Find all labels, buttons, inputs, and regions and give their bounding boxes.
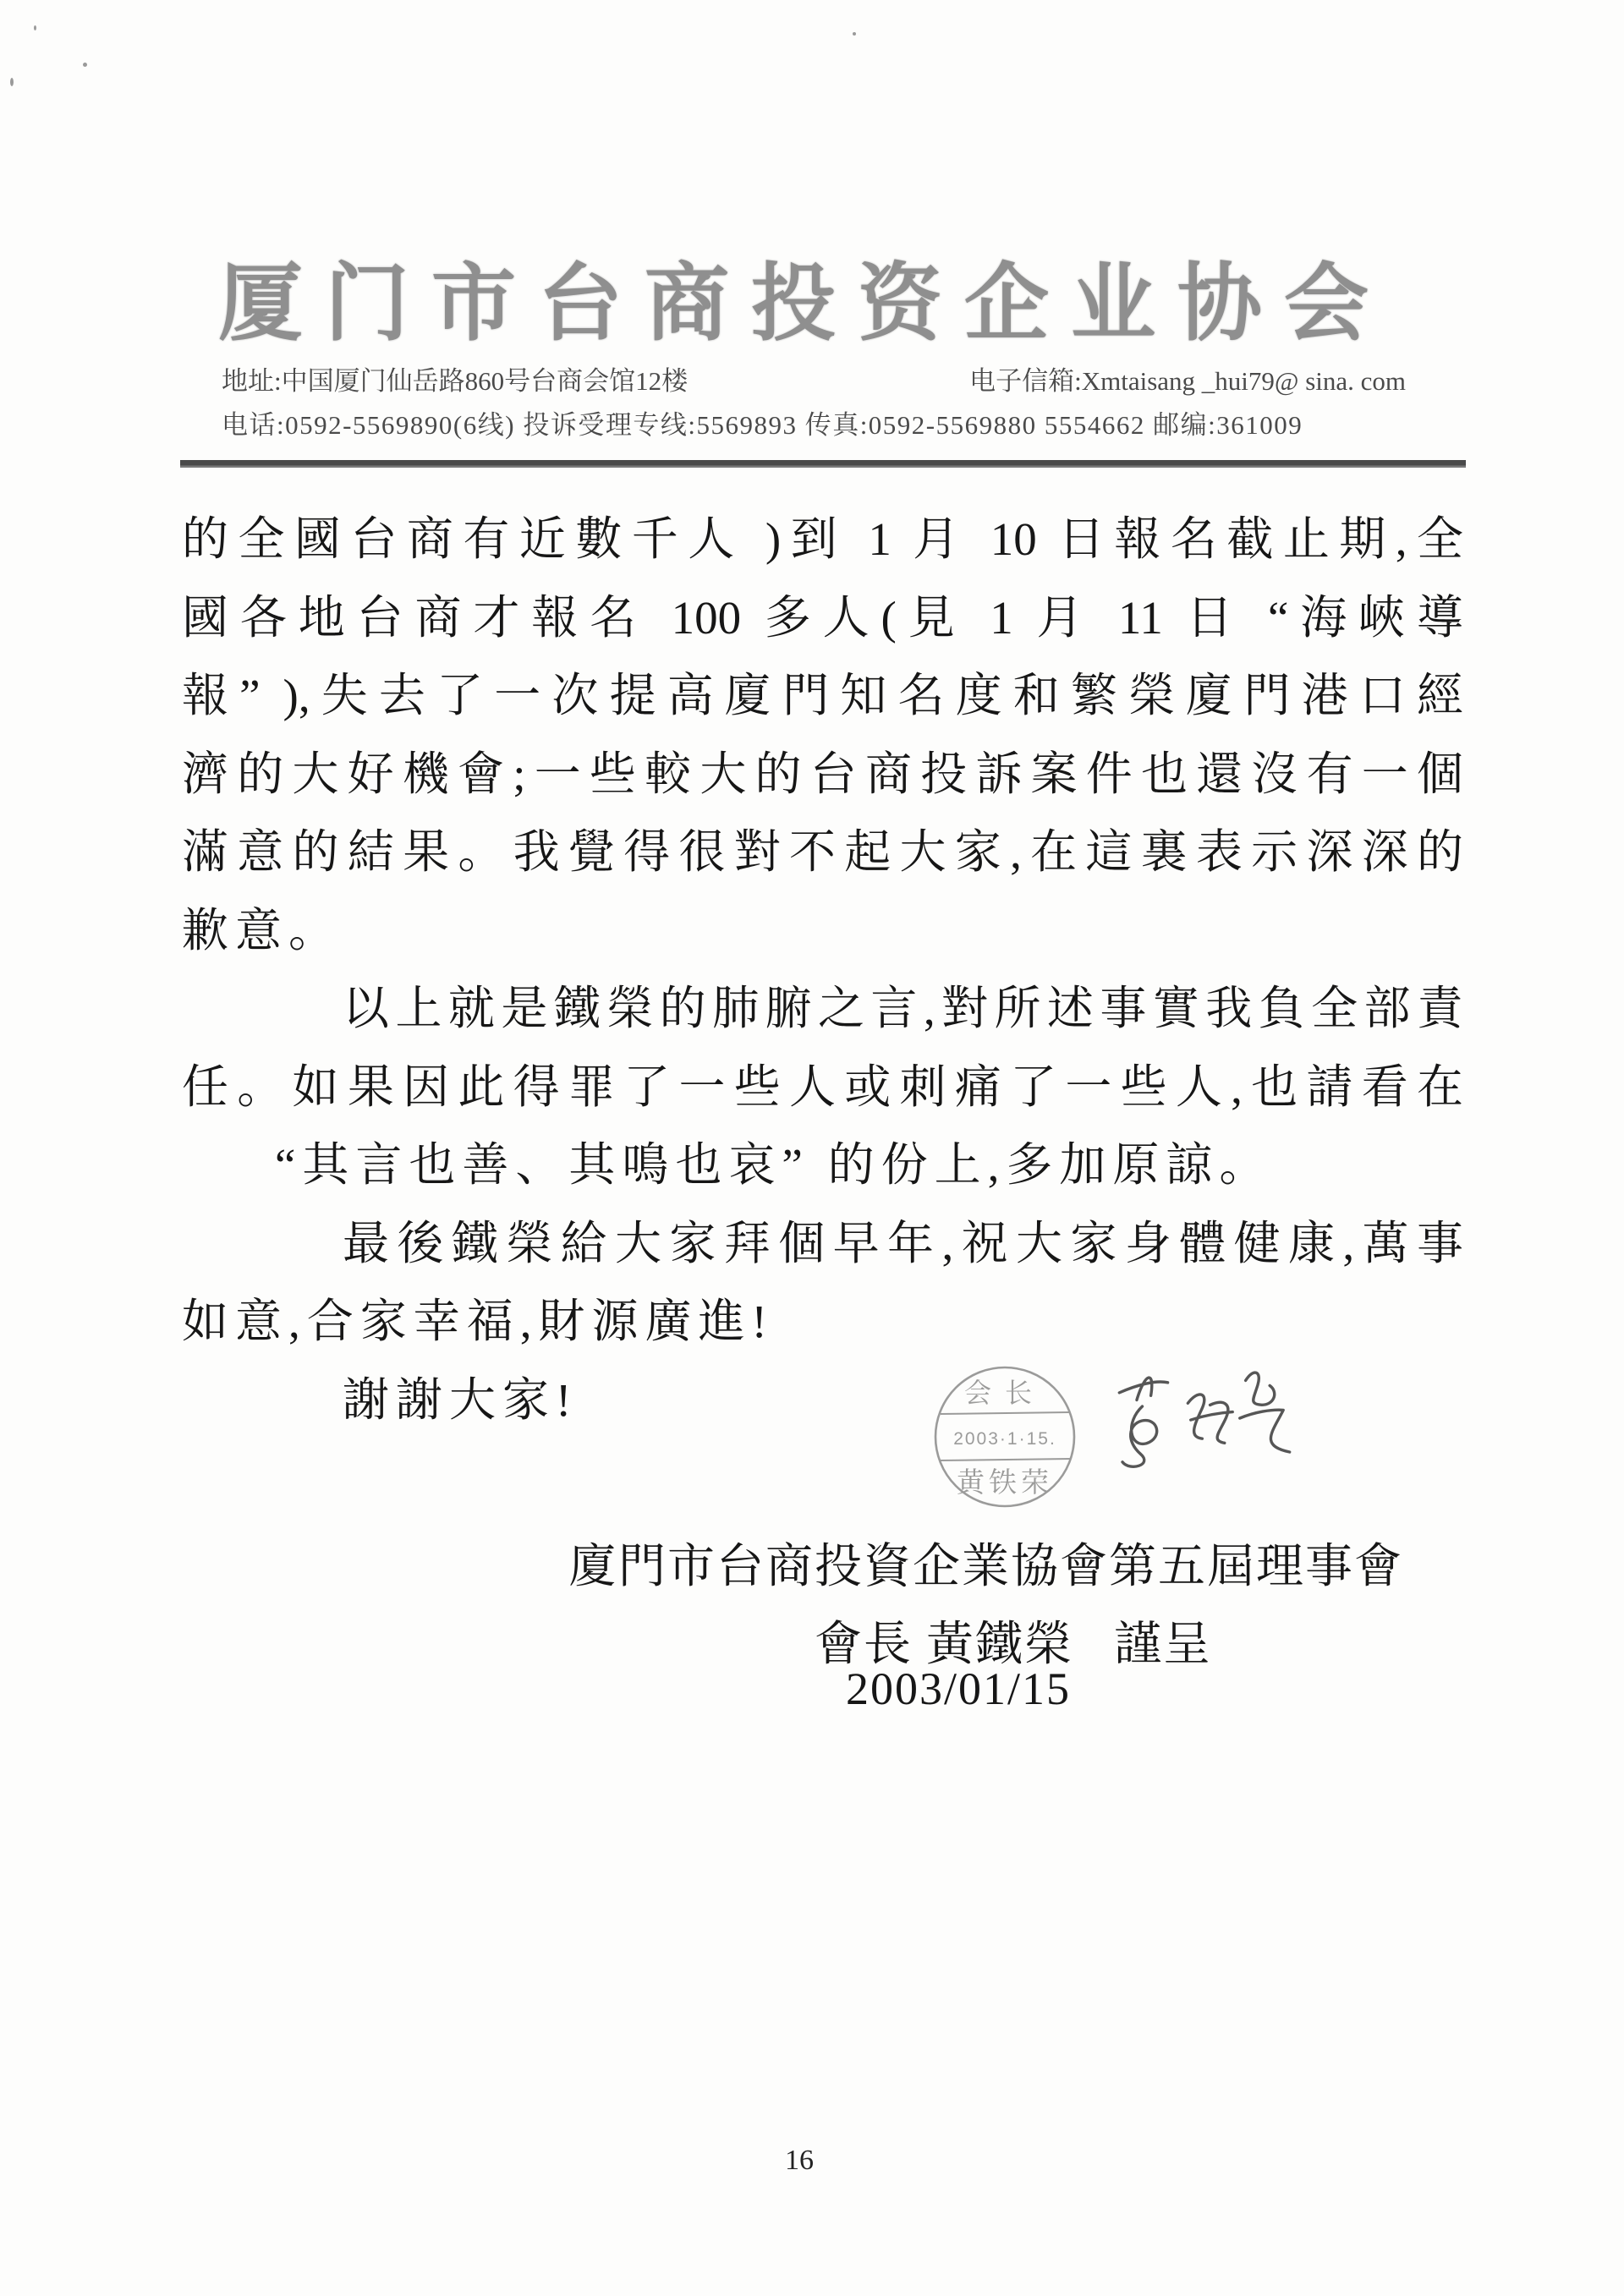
stamp-title-text: 会长 <box>964 1378 1045 1408</box>
scan-speck <box>34 25 36 30</box>
header-address: 地址:中国厦门仙岳路860号台商会馆12楼 <box>222 359 688 397</box>
stamp-name-text: 黄铁荣 <box>957 1466 1053 1498</box>
letter-body: 的全國台商有近數千人 )到 1 月 10 日報名截止期,全 國各地台商才報名 1… <box>182 501 1463 1439</box>
scan-speck <box>10 78 14 86</box>
body-line: 國各地台商才報名 100 多人(見 1 月 11 日 “海峽導 <box>182 579 1463 658</box>
closing-organization: 廈門市台商投資企業協會第五屆理事會 <box>569 1529 1403 1597</box>
header-email: 电子信箱:Xmtaisang _hui79@ sina. com <box>969 359 1406 397</box>
body-line: 濟的大好機會;一些較大的台商投訴案件也還沒有一個 <box>182 736 1463 814</box>
closing-date: 2003/01/15 <box>846 1663 1071 1715</box>
body-line: 歉意。 <box>182 892 1463 971</box>
body-line: 報” ),失去了一次提高廈門知名度和繁榮廈門港口經 <box>182 657 1463 736</box>
body-line: 任。如果因此得罪了一些人或刺痛了一些人,也請看在 <box>182 1049 1463 1127</box>
body-line: 滿意的結果。我覺得很對不起大家,在這裏表示深深的 <box>182 814 1463 892</box>
page-number: 16 <box>785 2145 814 2177</box>
organization-title: 厦门市台商投资企业协会 <box>218 235 1445 357</box>
stamp-date-text: 2003·1·15. <box>953 1429 1056 1449</box>
body-line: “其言也善、其鳴也哀” 的份上,多加原諒。 <box>182 1126 1463 1205</box>
chairman-stamp: 会长 2003·1·15. 黄铁荣 <box>930 1360 1079 1514</box>
signature-scribble <box>1102 1348 1306 1497</box>
header-phone-line: 电话:0592-5569890(6线) 投诉受理专线:5569893 传真:05… <box>222 403 1406 441</box>
body-line: 的全國台商有近數千人 )到 1 月 10 日報名截止期,全 <box>182 501 1463 579</box>
scan-speck <box>83 63 87 67</box>
header-divider-rule <box>180 460 1466 468</box>
body-line: 最後鐵榮給大家拜個早年,祝大家身體健康,萬事 <box>182 1205 1463 1284</box>
scan-speck <box>853 32 856 36</box>
body-line: 以上就是鐵榮的肺腑之言,對所述事實我負全部責 <box>182 970 1463 1049</box>
header-contact-row: 地址:中国厦门仙岳路860号台商会馆12楼 电子信箱:Xmtaisang _hu… <box>222 359 1406 397</box>
